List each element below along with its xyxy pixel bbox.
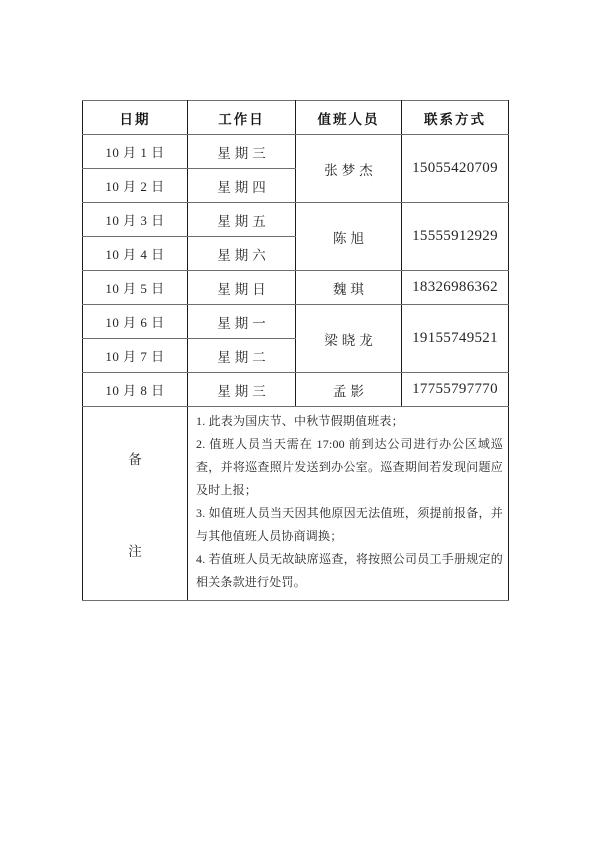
remark-note-2: 2. 值班人员当天需在 17:00 前到达公司进行办公区域巡查，并将巡查照片发送… (196, 433, 503, 502)
table-row: 10 月 1 日 星期三 张梦杰 15055420709 (83, 135, 509, 169)
date-cell: 10 月 2 日 (83, 169, 188, 203)
phone-cell: 15055420709 (402, 135, 509, 203)
date-cell: 10 月 8 日 (83, 373, 188, 407)
phone-cell: 17755797770 (402, 373, 509, 407)
weekday-cell: 星期三 (188, 373, 296, 407)
date-cell: 10 月 3 日 (83, 203, 188, 237)
table-row: 10 月 3 日 星期五 陈旭 15555912929 (83, 203, 509, 237)
weekday-cell: 星期一 (188, 305, 296, 339)
header-person: 值班人员 (296, 101, 402, 135)
remark-content-cell: 1. 此表为国庆节、中秋节假期值班表； 2. 值班人员当天需在 17:00 前到… (188, 407, 509, 601)
date-cell: 10 月 1 日 (83, 135, 188, 169)
phone-cell: 19155749521 (402, 305, 509, 373)
date-cell: 10 月 4 日 (83, 237, 188, 271)
remark-row: 备 注 1. 此表为国庆节、中秋节假期值班表； 2. 值班人员当天需在 17:0… (83, 407, 509, 601)
person-cell: 陈旭 (296, 203, 402, 271)
table-row: 10 月 8 日 星期三 孟影 17755797770 (83, 373, 509, 407)
header-weekday: 工作日 (188, 101, 296, 135)
header-date: 日期 (83, 101, 188, 135)
date-cell: 10 月 7 日 (83, 339, 188, 373)
duty-roster-table: 日期 工作日 值班人员 联系方式 10 月 1 日 星期三 张梦杰 150554… (82, 100, 509, 601)
weekday-cell: 星期日 (188, 271, 296, 305)
remark-label-char-top: 备 (128, 448, 142, 468)
remark-note-3: 3. 如值班人员当天因其他原因无法值班，须提前报备，并与其他值班人员协商调换； (196, 502, 503, 548)
remark-note-1: 1. 此表为国庆节、中秋节假期值班表； (196, 410, 503, 433)
weekday-cell: 星期六 (188, 237, 296, 271)
table-row: 10 月 5 日 星期日 魏琪 18326986362 (83, 271, 509, 305)
person-cell: 梁晓龙 (296, 305, 402, 373)
remark-label-cell: 备 注 (83, 407, 188, 601)
weekday-cell: 星期四 (188, 169, 296, 203)
weekday-cell: 星期三 (188, 135, 296, 169)
document-page: 日期 工作日 值班人员 联系方式 10 月 1 日 星期三 张梦杰 150554… (0, 0, 594, 841)
date-cell: 10 月 5 日 (83, 271, 188, 305)
weekday-cell: 星期二 (188, 339, 296, 373)
weekday-cell: 星期五 (188, 203, 296, 237)
header-contact: 联系方式 (402, 101, 509, 135)
phone-cell: 18326986362 (402, 271, 509, 305)
remark-note-4: 4. 若值班人员无故缺席巡查，将按照公司员工手册规定的相关条款进行处罚。 (196, 548, 503, 594)
phone-cell: 15555912929 (402, 203, 509, 271)
date-cell: 10 月 6 日 (83, 305, 188, 339)
table-header-row: 日期 工作日 值班人员 联系方式 (83, 101, 509, 135)
person-cell: 孟影 (296, 373, 402, 407)
table-row: 10 月 6 日 星期一 梁晓龙 19155749521 (83, 305, 509, 339)
person-cell: 张梦杰 (296, 135, 402, 203)
person-cell: 魏琪 (296, 271, 402, 305)
remark-label-char-bottom: 注 (128, 540, 142, 560)
remark-label: 备 注 (84, 412, 186, 596)
